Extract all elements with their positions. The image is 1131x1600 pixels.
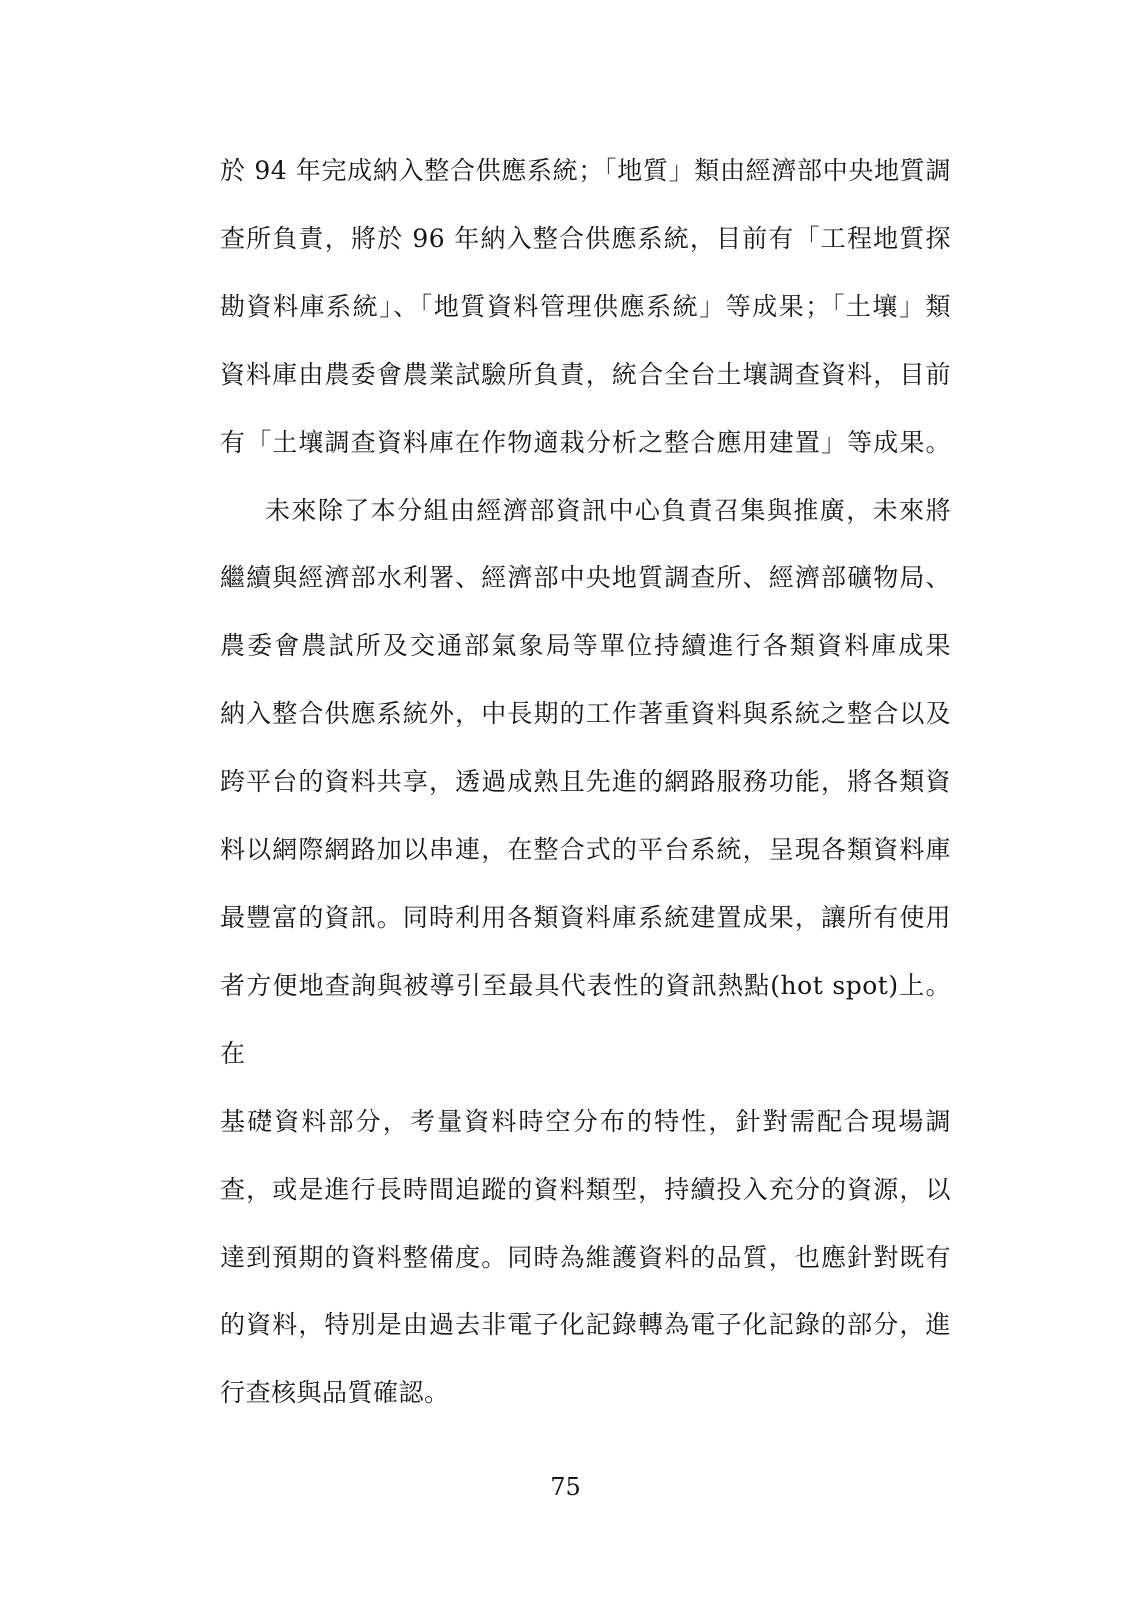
page-number: 75 xyxy=(0,1472,1131,1502)
text-line: 納入整合供應系統外，中長期的工作著重資料與系統之整合以及 xyxy=(220,680,951,748)
text-line: 於 94 年完成納入整合供應系統；「地質」類由經濟部中央地質調 xyxy=(220,137,951,205)
text-line: 未來除了本分組由經濟部資訊中心負責召集與推廣，未來將 xyxy=(220,477,951,545)
text-line: 繼續與經濟部水利署、經濟部中央地質調查所、經濟部礦物局、 xyxy=(220,544,951,612)
text-line: 資料庫由農委會農業試驗所負責，統合全台土壤調查資料，目前 xyxy=(220,341,951,409)
document-page: 於 94 年完成納入整合供應系統；「地質」類由經濟部中央地質調查所負責，將於 9… xyxy=(0,0,1131,1600)
text-line: 的資料，特別是由過去非電子化記錄轉為電子化記錄的部分，進 xyxy=(220,1291,951,1359)
text-line: 最豐富的資訊。同時利用各類資料庫系統建置成果，讓所有使用 xyxy=(220,884,951,952)
text-line: 勘資料庫系統」、「地質資料管理供應系統」等成果；「土壤」類 xyxy=(220,273,951,341)
text-line: 跨平台的資料共享，透過成熟且先進的網路服務功能，將各類資 xyxy=(220,748,951,816)
text-line: 基礎資料部分，考量資料時空分布的特性，針對需配合現場調 xyxy=(220,1088,951,1156)
text-line: 農委會農試所及交通部氣象局等單位持續進行各類資料庫成果 xyxy=(220,612,951,680)
text-line: 有「土壤調查資料庫在作物適栽分析之整合應用建置」等成果。 xyxy=(220,409,951,477)
text-line: 達到預期的資料整備度。同時為維護資料的品質，也應針對既有 xyxy=(220,1224,951,1292)
text-line: 行查核與品質確認。 xyxy=(220,1359,951,1427)
body-text: 於 94 年完成納入整合供應系統；「地質」類由經濟部中央地質調查所負責，將於 9… xyxy=(220,137,951,1427)
text-line: 者方便地查詢與被導引至最具代表性的資訊熱點(hot spot)上。在 xyxy=(220,952,951,1088)
text-line: 查所負責，將於 96 年納入整合供應系統，目前有「工程地質探 xyxy=(220,205,951,273)
text-line: 料以網際網路加以串連，在整合式的平台系統，呈現各類資料庫 xyxy=(220,816,951,884)
text-line: 查，或是進行長時間追蹤的資料類型，持續投入充分的資源，以 xyxy=(220,1156,951,1224)
